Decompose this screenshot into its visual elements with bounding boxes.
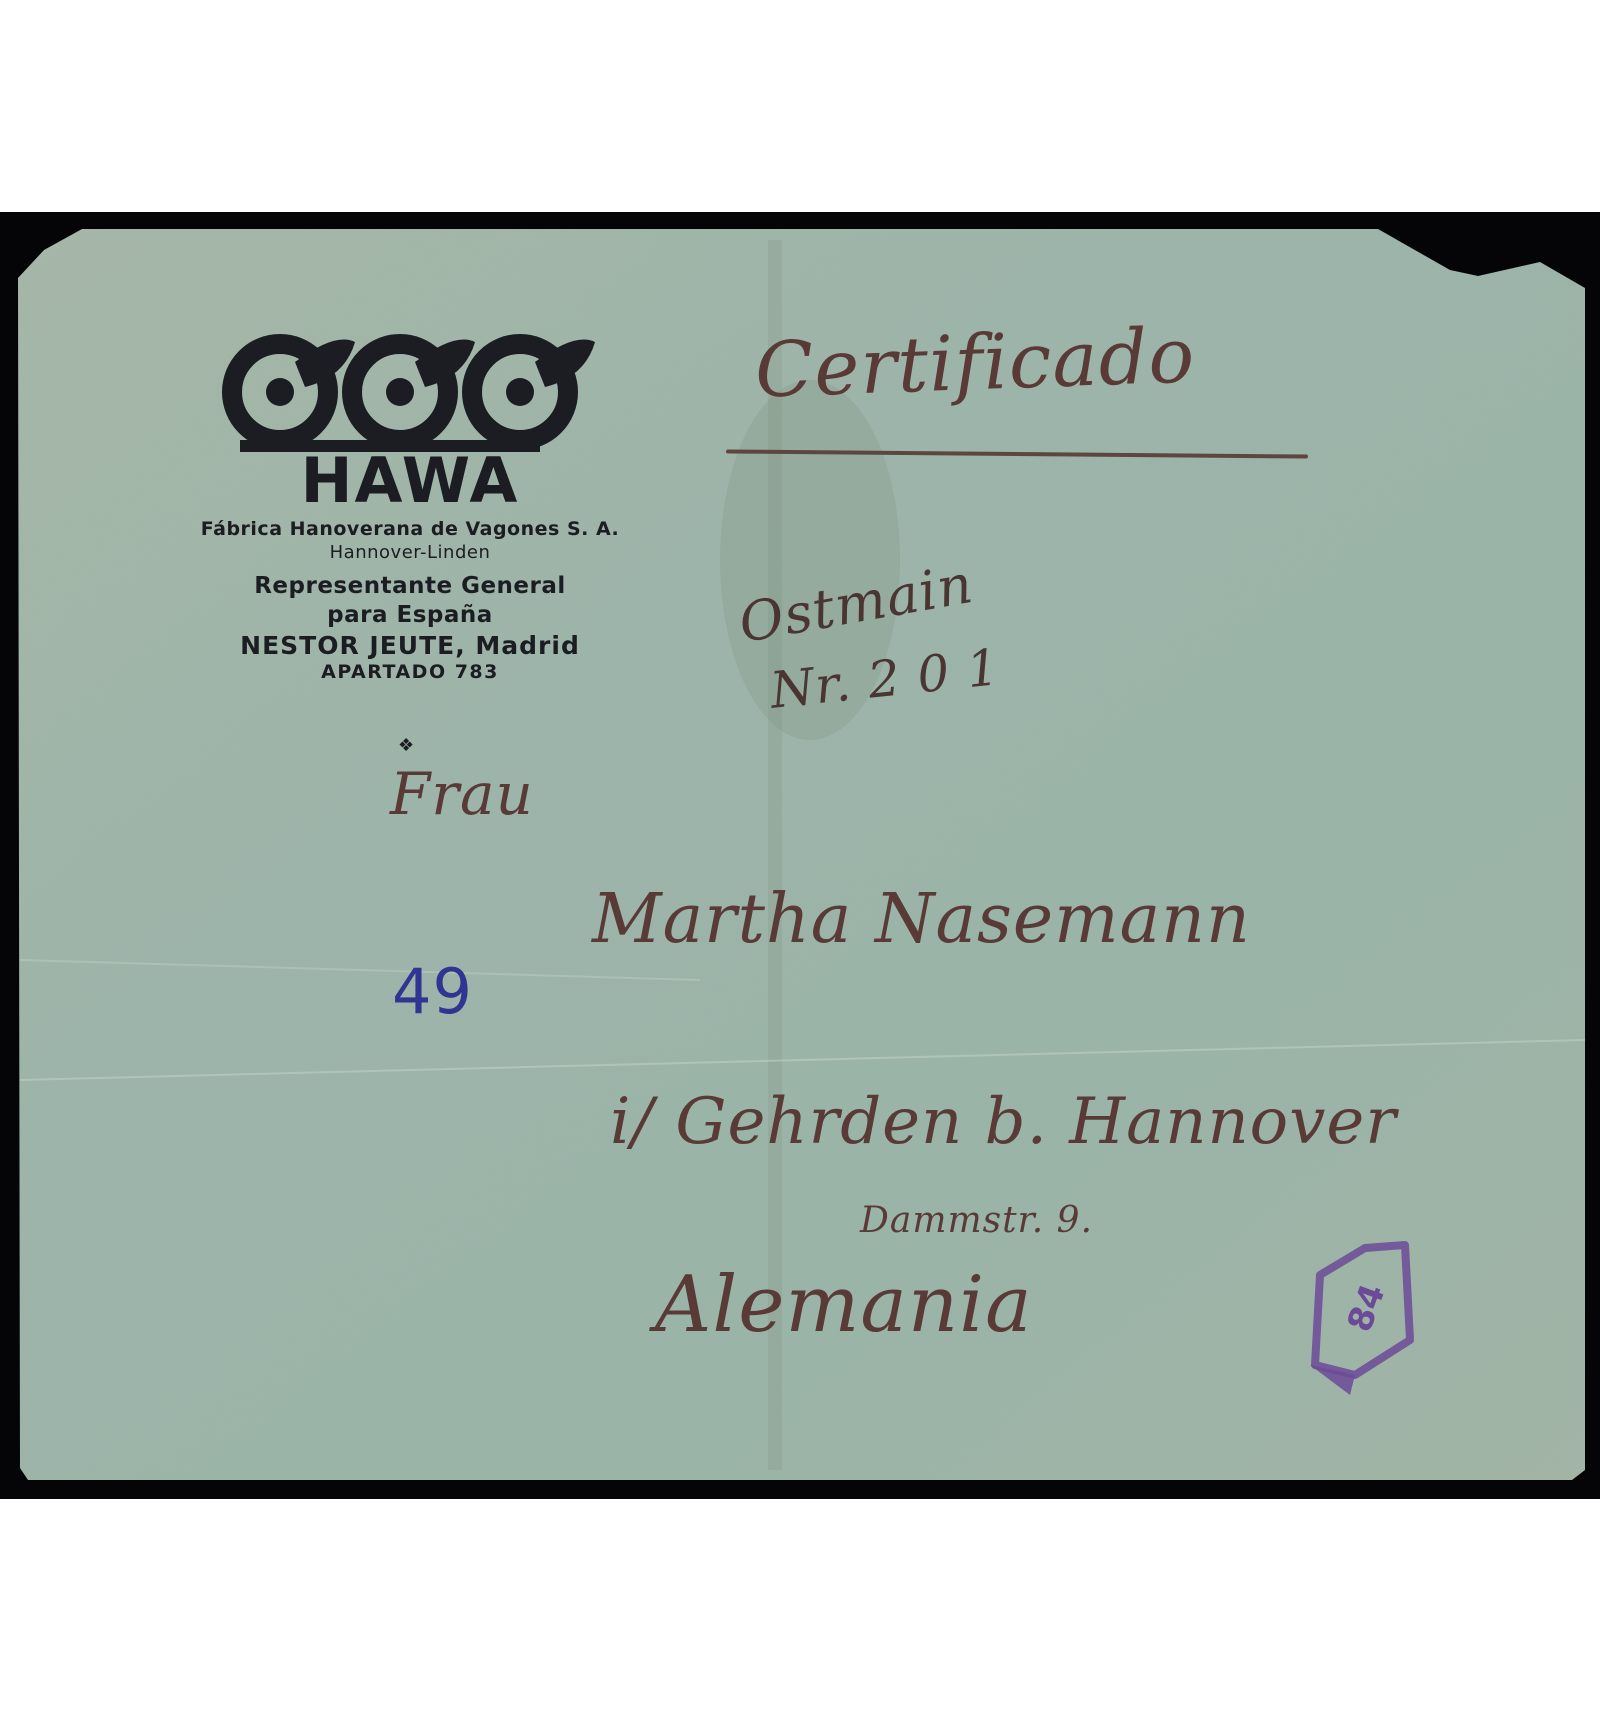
hawa-winged-wheels-logo: HAWA <box>220 322 600 512</box>
registered-mark: Certificado <box>754 310 1197 414</box>
recipient-name: Martha Nasemann <box>592 880 1251 959</box>
recipient-street: Dammstr. 9. <box>860 1200 1093 1241</box>
censor-stamp: 84 <box>1305 1240 1435 1400</box>
company-city: Hannover-Linden <box>120 542 700 565</box>
po-box: APARTADO 783 <box>120 661 700 685</box>
diamond-ornament-icon: ❖ <box>398 735 414 756</box>
recipient-town: i/ Gehrden b. Hannover <box>610 1085 1397 1159</box>
letterhead: HAWA Fábrica Hanoverana de Vagones S. A.… <box>120 322 700 685</box>
logo-wordmark: HAWA <box>220 450 600 512</box>
blue-pencil-note: 49 <box>392 955 473 1028</box>
company-name: Fábrica Hanoverana de Vagones S. A. <box>120 518 700 542</box>
representative-line: Representante General <box>120 572 700 601</box>
recipient-country: Alemania <box>655 1260 1033 1350</box>
salutation: Frau <box>390 760 534 828</box>
envelope <box>0 0 1600 1710</box>
representative-country: para España <box>120 601 700 630</box>
agent-name: NESTOR JEUTE, Madrid <box>120 630 700 661</box>
